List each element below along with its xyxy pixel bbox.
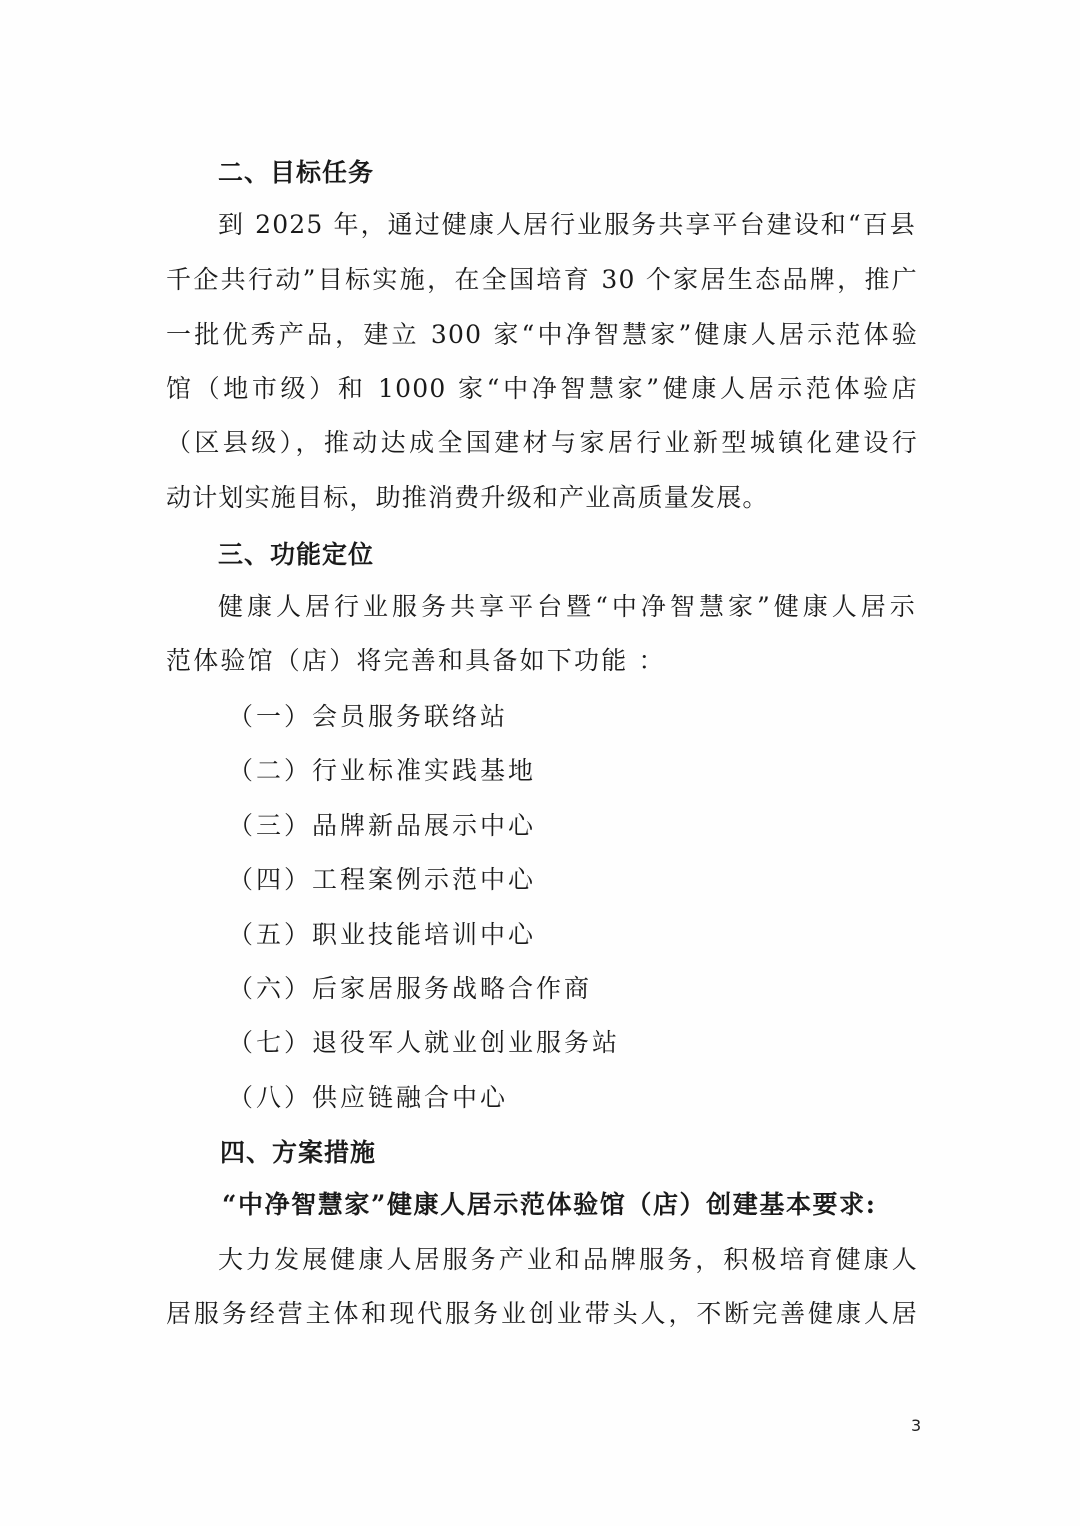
paragraph-text: 居服务经营主体和现代服务业创业带头人，不断完善健康人居	[166, 1299, 918, 1329]
list-item: （三）品牌新品展示中心	[228, 811, 536, 841]
paragraph-line: 大力发展健康人居服务产业和品牌服务，积极培育健康人	[218, 1245, 918, 1275]
page-number: 3	[911, 1416, 921, 1435]
paragraph-line: 千企共行动”目标实施，在全国培育 30 个家居生态品牌，推广	[166, 265, 918, 295]
paragraph-line: （区县级），推动达成全国建材与家居行业新型城镇化建设行	[166, 428, 918, 458]
paragraph-line: 动计划实施目标，助推消费升级和产业高质量发展。	[166, 483, 769, 513]
paragraph-line: 居服务经营主体和现代服务业创业带头人，不断完善健康人居	[166, 1299, 918, 1329]
list-item: （七）退役军人就业创业服务站	[228, 1028, 620, 1058]
document-page: 二、目标任务 到 2025 年，通过健康人居行业服务共享平台建设和“百县 千企共…	[0, 0, 1080, 1526]
paragraph-text: 健康人居行业服务共享平台暨“中净智慧家”健康人居示	[218, 592, 916, 622]
paragraph-line: 健康人居行业服务共享平台暨“中净智慧家”健康人居示	[218, 592, 916, 622]
sub-heading-requirements: “中净智慧家”健康人居示范体验馆（店）创建基本要求:	[222, 1190, 877, 1220]
list-item: （八）供应链融合中心	[228, 1083, 508, 1113]
paragraph-line: 范体验馆（店）将完善和具备如下功能 ：	[166, 646, 666, 676]
paragraph-line: 到 2025 年，通过健康人居行业服务共享平台建设和“百县	[218, 210, 918, 240]
paragraph-line: 一批优秀产品，建立 300 家“中净智慧家”健康人居示范体验	[166, 320, 918, 350]
list-item: （六）后家居服务战略合作商	[228, 974, 592, 1004]
paragraph-text: （区县级），推动达成全国建材与家居行业新型城镇化建设行	[166, 428, 918, 458]
paragraph-text: 大力发展健康人居服务产业和品牌服务，积极培育健康人	[218, 1245, 918, 1275]
paragraph-text: 馆（地市级）和 1000 家“中净智慧家”健康人居示范体验店	[166, 374, 918, 404]
list-item: （四）工程案例示范中心	[228, 865, 536, 895]
list-item: （一）会员服务联络站	[228, 702, 508, 732]
list-item: （五）职业技能培训中心	[228, 920, 536, 950]
section-heading-goals: 二、目标任务	[218, 158, 374, 188]
paragraph-text: 到 2025 年，通过健康人居行业服务共享平台建设和“百县	[218, 210, 916, 240]
paragraph-text: 千企共行动”目标实施，在全国培育 30 个家居生态品牌，推广	[166, 265, 918, 295]
section-heading-measures: 四、方案措施	[220, 1138, 376, 1168]
section-heading-functions: 三、功能定位	[218, 540, 374, 570]
list-item: （二）行业标准实践基地	[228, 756, 536, 786]
paragraph-line: 馆（地市级）和 1000 家“中净智慧家”健康人居示范体验店	[166, 374, 918, 404]
paragraph-text: 一批优秀产品，建立 300 家“中净智慧家”健康人居示范体验	[166, 320, 918, 350]
